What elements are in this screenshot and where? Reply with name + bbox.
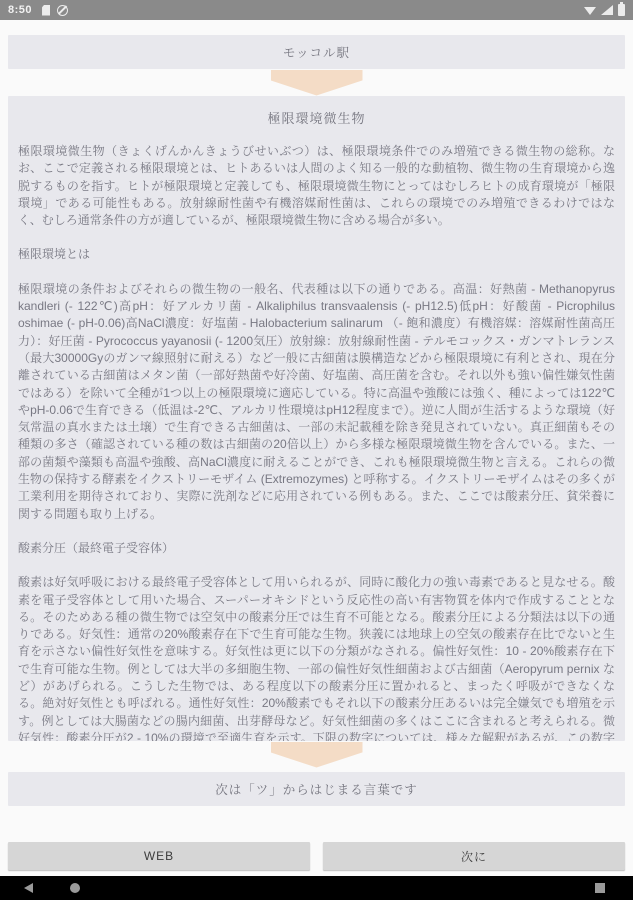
arrow-row-top	[8, 69, 625, 96]
article-paragraph-oxygen: 酸素は好気呼吸における最終電子受容体として用いられるが、同時に酸化力の強い毒素で…	[18, 574, 615, 741]
app-screen: 8:50 モッコル駅 極限環境微生物 極限環境微生物（きょくげんかんきょうびせい…	[0, 0, 633, 900]
recents-icon[interactable]	[595, 883, 605, 893]
action-button-row: WEB 次に	[8, 842, 625, 870]
web-button[interactable]: WEB	[8, 842, 310, 870]
next-button[interactable]: 次に	[323, 842, 625, 870]
home-icon[interactable]	[70, 883, 80, 893]
sd-card-icon	[42, 5, 50, 16]
android-nav-bar	[0, 876, 633, 900]
chevron-down-icon	[271, 70, 363, 96]
next-word-prompt-label: 次は「ツ」からはじまる言葉です	[215, 780, 418, 798]
do-not-disturb-icon	[57, 5, 68, 16]
status-bar: 8:50	[0, 0, 633, 20]
article-paragraph-conditions: 極限環境の条件およびそれらの微生物の一般名、代表種は以下の通りである。高温：好熱…	[18, 281, 615, 523]
battery-icon	[618, 4, 625, 16]
article-title: 極限環境微生物	[18, 108, 615, 127]
next-word-prompt-card: 次は「ツ」からはじまる言葉です	[8, 772, 625, 806]
cell-signal-icon	[601, 5, 613, 15]
article-section-heading-2: 酸素分圧（最終電子受容体）	[18, 540, 615, 557]
article-paragraph-intro: 極限環境微生物（きょくげんかんきょうびせいぶつ）は、極限環境条件でのみ増殖できる…	[18, 143, 615, 229]
previous-word-label: モッコル駅	[283, 43, 350, 61]
arrow-row-bottom	[8, 741, 625, 768]
article-card[interactable]: 極限環境微生物 極限環境微生物（きょくげんかんきょうびせいぶつ）は、極限環境条件…	[8, 96, 625, 741]
chevron-down-icon	[271, 742, 363, 768]
back-icon[interactable]	[24, 883, 33, 893]
article-section-heading-1: 極限環境とは	[18, 246, 615, 263]
wifi-icon	[584, 5, 596, 15]
status-time: 8:50	[8, 4, 32, 16]
previous-word-card: モッコル駅	[8, 35, 625, 69]
game-content: モッコル駅 極限環境微生物 極限環境微生物（きょくげんかんきょうびせいぶつ）は、…	[0, 20, 633, 876]
